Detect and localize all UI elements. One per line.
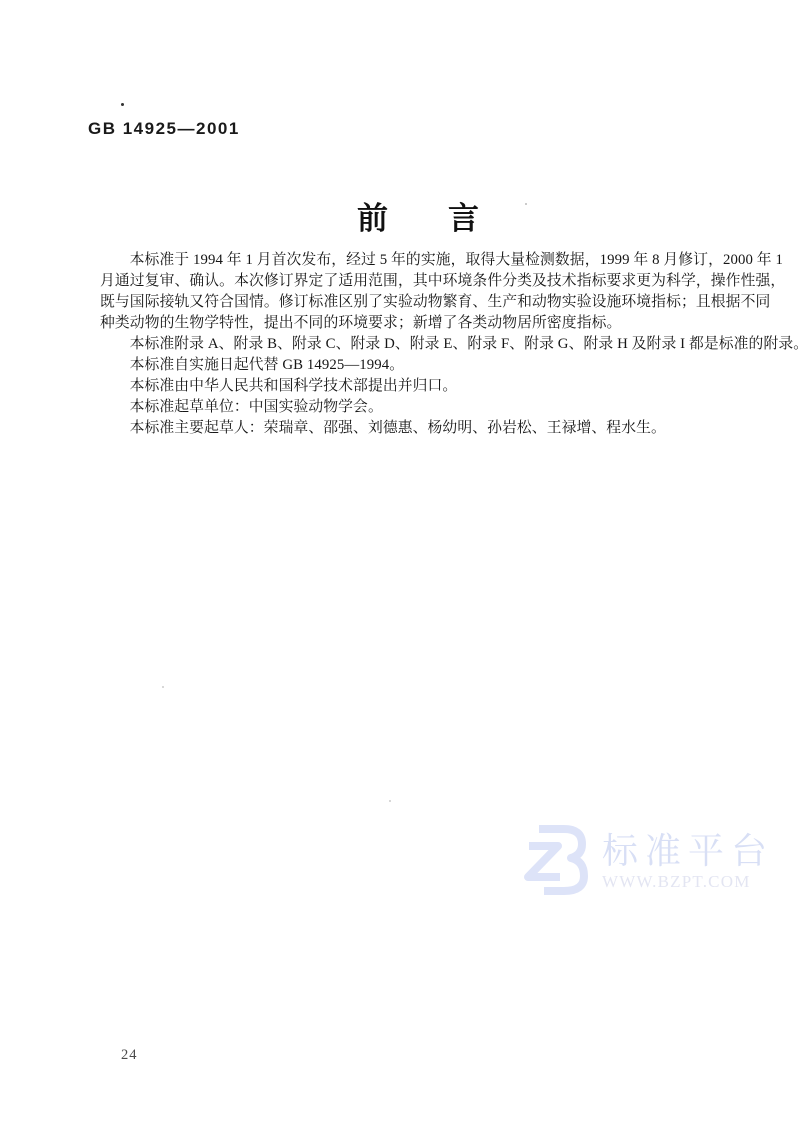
foreword-body: 本标准于 1994 年 1 月首次发布，经过 5 年的实施，取得大量检测数据，1… bbox=[100, 250, 740, 439]
foreword-title-char-left: 前 bbox=[357, 193, 388, 238]
foreword-title: 前 言 bbox=[18, 193, 800, 238]
foreword-line: 本标准起草单位：中国实验动物学会。 bbox=[100, 397, 740, 418]
scan-speck bbox=[162, 686, 164, 688]
watermark-brand-text: 标准平台 bbox=[602, 832, 774, 870]
document-page: GB 14925—2001 前 言 本标准于 1994 年 1 月首次发布，经过… bbox=[0, 0, 800, 1134]
foreword-line: 月通过复审、确认。本次修订界定了适用范围，其中环境条件分类及技术指标要求更为科学… bbox=[100, 271, 740, 292]
scan-speck bbox=[389, 800, 391, 802]
watermark-url-text: WWW.BZPT.COM bbox=[602, 872, 774, 892]
foreword-line: 种类动物的生物学特性，提出不同的环境要求；新增了各类动物居所密度指标。 bbox=[100, 313, 740, 334]
foreword-title-char-right: 言 bbox=[448, 193, 479, 238]
bzpt-logo-icon bbox=[516, 820, 592, 898]
foreword-line: 本标准主要起草人：荣瑞章、邵强、刘德惠、杨幼明、孙岩松、王禄增、程水生。 bbox=[100, 418, 740, 439]
watermark: 标准平台 WWW.BZPT.COM bbox=[516, 820, 774, 898]
foreword-line: 本标准附录 A、附录 B、附录 C、附录 D、附录 E、附录 F、附录 G、附录… bbox=[100, 334, 740, 355]
standard-number-header: GB 14925—2001 bbox=[88, 119, 240, 139]
watermark-text: 标准平台 WWW.BZPT.COM bbox=[602, 832, 774, 892]
foreword-line: 本标准于 1994 年 1 月首次发布，经过 5 年的实施，取得大量检测数据，1… bbox=[100, 250, 740, 271]
foreword-line: 本标准由中华人民共和国科学技术部提出并归口。 bbox=[100, 376, 740, 397]
page-number: 24 bbox=[121, 1047, 138, 1064]
scan-speck bbox=[121, 103, 124, 106]
foreword-line: 既与国际接轨又符合国情。修订标准区别了实验动物繁育、生产和动物实验设施环境指标；… bbox=[100, 292, 740, 313]
foreword-line: 本标准自实施日起代替 GB 14925—1994。 bbox=[100, 355, 740, 376]
